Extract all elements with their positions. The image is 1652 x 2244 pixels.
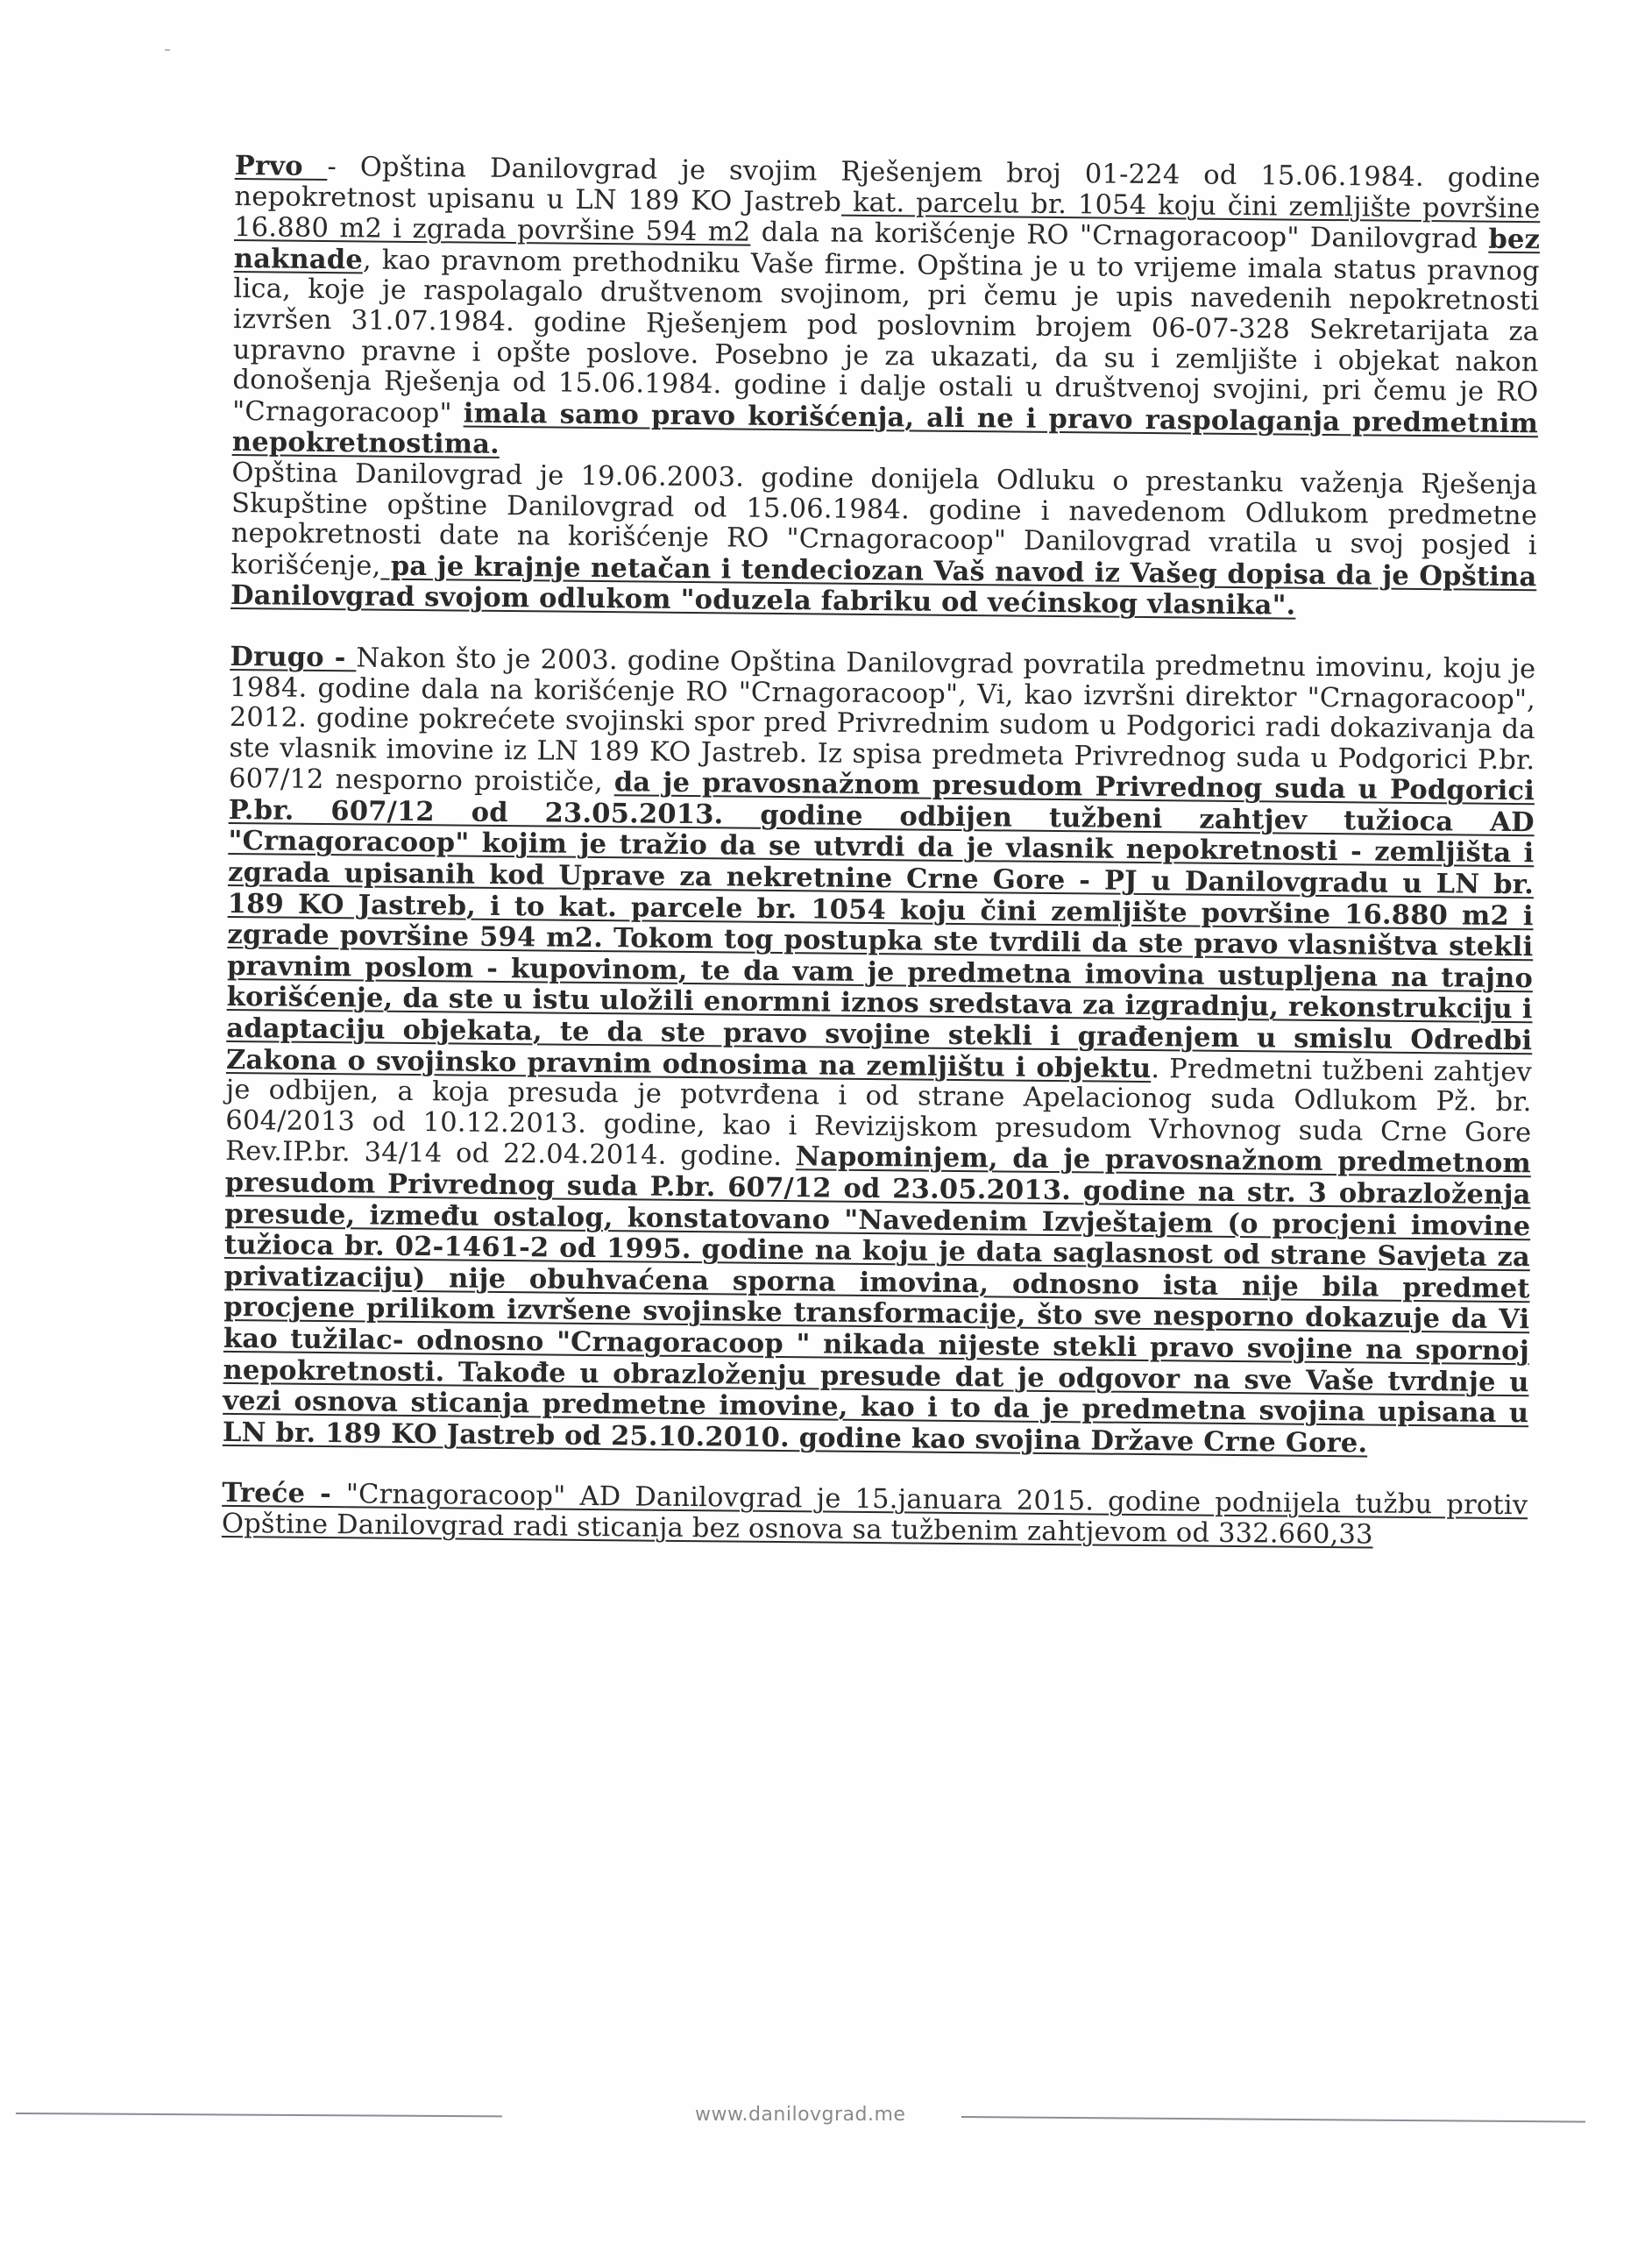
emphasis-text: Napominjem, da je pravosnažnom predmetno…: [223, 1141, 1531, 1459]
section-heading-prvo: Prvo: [235, 150, 328, 182]
paragraph-prvo: Prvo - Opština Danilovgrad je svojim Rje…: [232, 151, 1541, 471]
section-heading-trece: Treće -: [222, 1477, 346, 1509]
page-footer: www.danilovgrad.me: [0, 2086, 1652, 2139]
footer-rule-right: [961, 2116, 1585, 2123]
footer-rule-left: [16, 2113, 502, 2117]
paragraph-drugo: Drugo - Nakon što je 2003. godine Opštin…: [223, 642, 1536, 1461]
emphasis-text: pa je krajnje netačan i tendeciozan Vaš …: [230, 550, 1537, 621]
paragraph-trece: Treće - "Crnagoracoop" AD Danilovgrad je…: [222, 1478, 1528, 1552]
paragraph-prvo-continued: Opština Danilovgrad je 19.06.2003. godin…: [230, 458, 1538, 624]
section-heading-drugo: Drugo -: [230, 641, 356, 673]
scanned-page: Prvo - Opština Danilovgrad je svojim Rje…: [0, 0, 1652, 2244]
letter-body: Prvo - Opština Danilovgrad je svojim Rje…: [222, 151, 1541, 1552]
footer-website-link[interactable]: www.danilovgrad.me: [695, 2104, 905, 2126]
scan-artifact: [165, 49, 170, 51]
underlined-text: "Crnagoracoop" AD Danilovgrad je 15.janu…: [222, 1480, 1528, 1551]
